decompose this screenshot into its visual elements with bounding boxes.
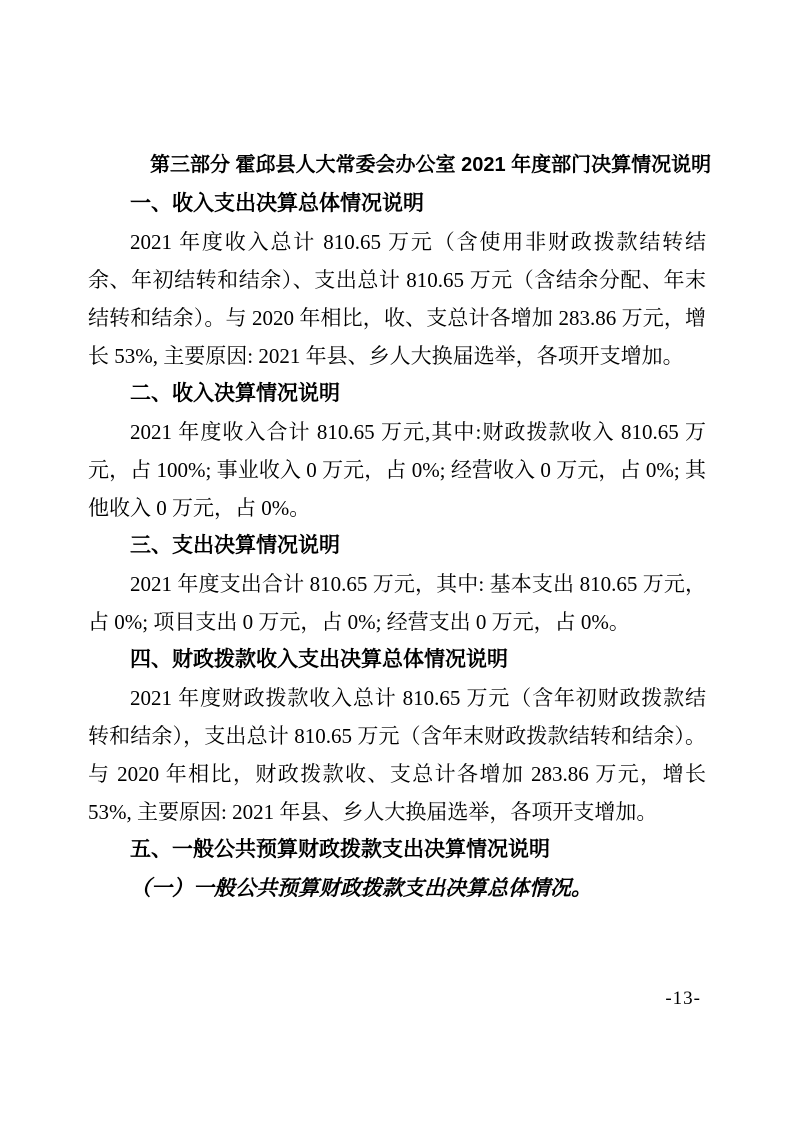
section-5-subheading: （一）一般公共预算财政拨款支出决算总体情况。 (88, 869, 706, 907)
section-5-heading: 五、一般公共预算财政拨款支出决算情况说明 (88, 831, 706, 869)
document-page: 第三部分 霍邱县人大常委会办公室 2021 年度部门决算情况说明 一、收入支出决… (0, 0, 793, 1122)
page-number: -13- (665, 988, 701, 1010)
section-4-paragraph: 2021 年度财政拨款收入总计 810.65 万元（含年初财政拨款结转和结余），… (88, 679, 706, 831)
section-2-paragraph: 2021 年度收入合计 810.65 万元,其中:财政拨款收入 810.65 万… (88, 413, 706, 527)
section-1-heading: 一、收入支出决算总体情况说明 (88, 185, 706, 223)
section-3-heading: 三、支出决算情况说明 (88, 527, 706, 565)
section-2-heading: 二、收入决算情况说明 (88, 375, 706, 413)
document-content: 第三部分 霍邱县人大常委会办公室 2021 年度部门决算情况说明 一、收入支出决… (88, 145, 706, 907)
document-title: 第三部分 霍邱县人大常委会办公室 2021 年度部门决算情况说明 (88, 145, 706, 185)
section-1-paragraph: 2021 年度收入总计 810.65 万元（含使用非财政拨款结转结余、年初结转和… (88, 223, 706, 375)
section-3-paragraph: 2021 年度支出合计 810.65 万元，其中: 基本支出 810.65 万元… (88, 565, 706, 641)
section-4-heading: 四、财政拨款收入支出决算总体情况说明 (88, 641, 706, 679)
